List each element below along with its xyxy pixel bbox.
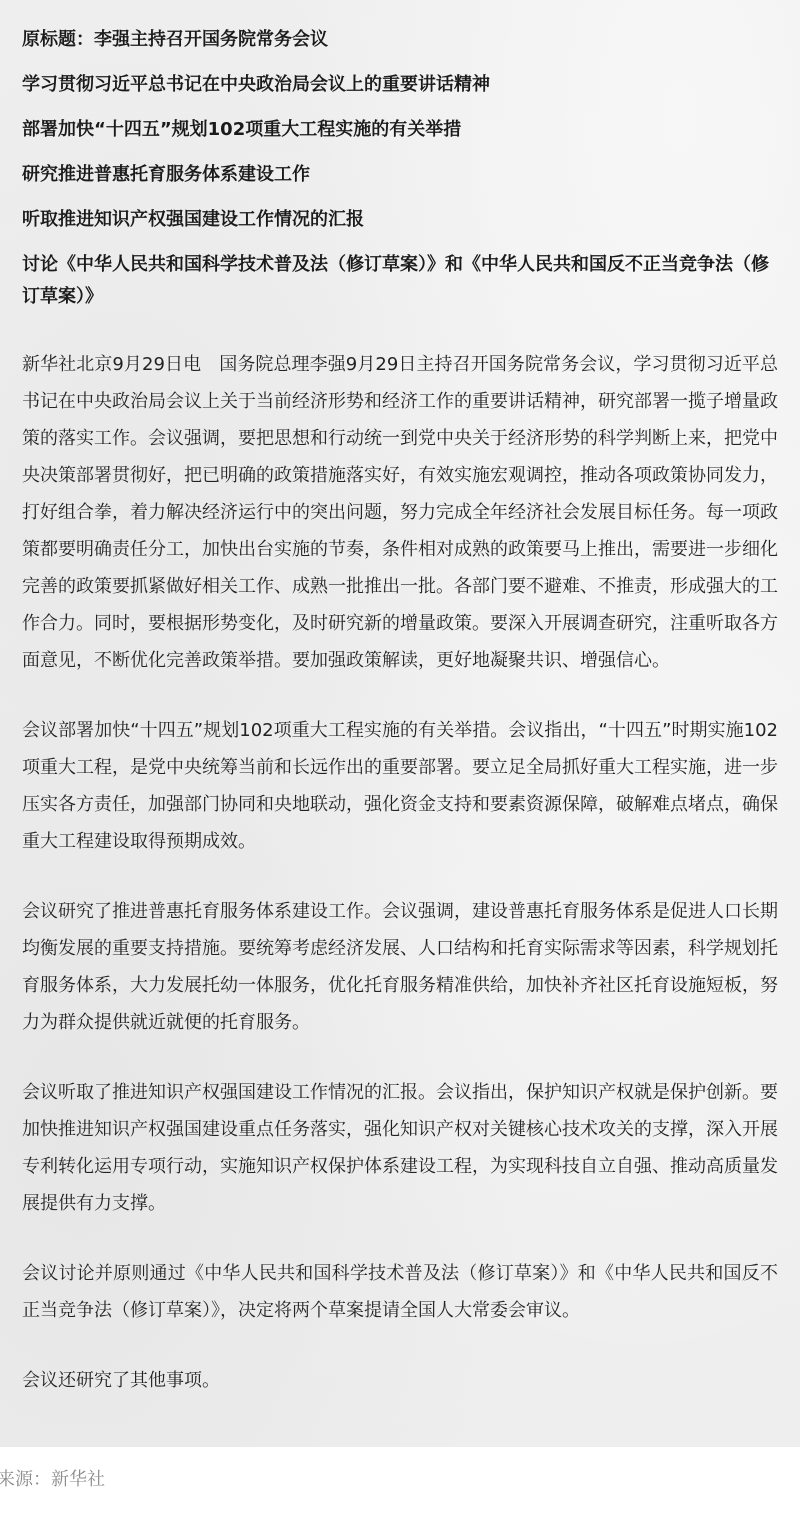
paragraph-drafts: 会议讨论并原则通过《中华人民共和国科学技术普及法（修订草案）》和《中华人民共和国…: [22, 1255, 778, 1329]
headline-subtitle-4: 听取推进知识产权强国建设工作情况的汇报: [22, 204, 778, 236]
article-body: 原标题：李强主持召开国务院常务会议 学习贯彻习近平总书记在中央政治局会议上的重要…: [0, 0, 800, 1447]
headline-subtitle-1: 学习贯彻习近平总书记在中央政治局会议上的重要讲话精神: [22, 69, 778, 101]
paragraph-major-projects: 会议部署加快“十四五”规划102项重大工程实施的有关举措。会议指出，“十四五”时…: [22, 712, 778, 860]
paragraph-childcare: 会议研究了推进普惠托育服务体系建设工作。会议强调，建设普惠托育服务体系是促进人口…: [22, 893, 778, 1041]
source-credit: 来源：新华社: [0, 1465, 105, 1495]
paragraph-lead: 新华社北京9月29日电 国务院总理李强9月29日主持召开国务院常务会议，学习贯彻…: [22, 346, 778, 679]
paragraph-ip: 会议听取了推进知识产权强国建设工作情况的汇报。会议指出，保护知识产权就是保护创新…: [22, 1074, 778, 1222]
paragraph-other: 会议还研究了其他事项。: [22, 1362, 778, 1399]
headline-subtitle-5: 讨论《中华人民共和国科学技术普及法（修订草案）》和《中华人民共和国反不正当竞争法…: [22, 249, 778, 313]
headline-subtitle-2: 部署加快“十四五”规划102项重大工程实施的有关举措: [22, 114, 778, 146]
headline-original-title: 原标题：李强主持召开国务院常务会议: [22, 24, 778, 56]
headline-subtitle-3: 研究推进普惠托育服务体系建设工作: [22, 159, 778, 191]
